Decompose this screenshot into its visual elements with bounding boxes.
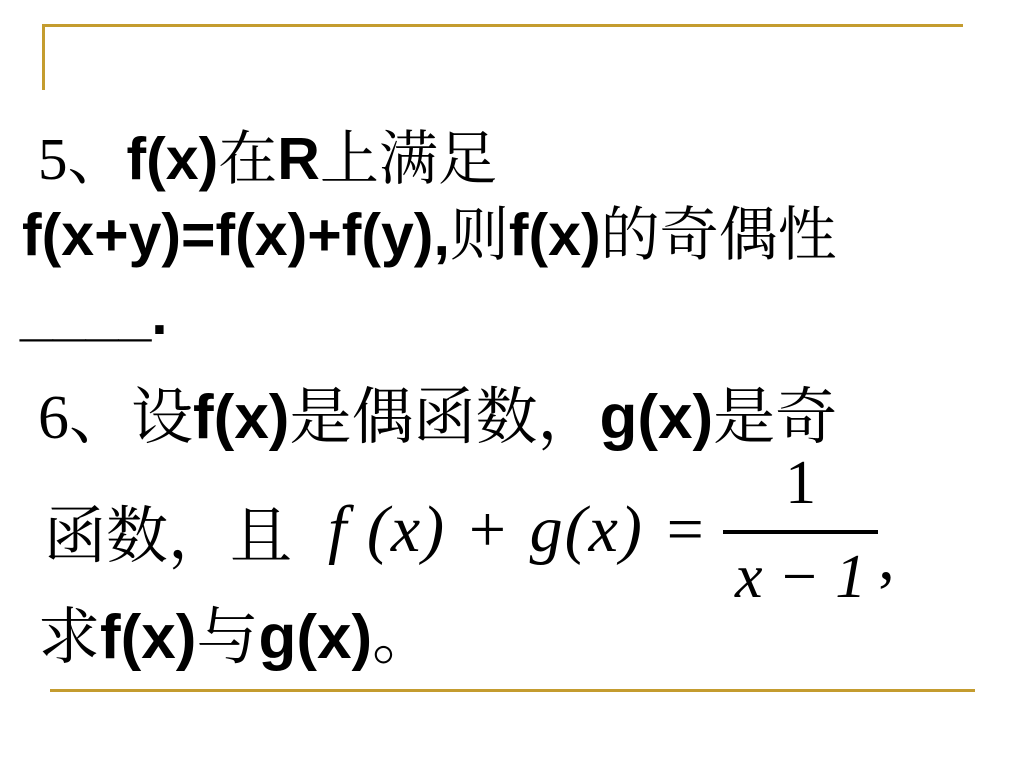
problem6-line3: 求f(x)与g(x)。 (38, 600, 434, 676)
problem6-gx-label-2: g(x) (258, 603, 372, 672)
problem6-equation-row: 函数，且 f (x) + g(x) = 1 x − 1 , (44, 452, 895, 608)
problem5-fx-label: f(x) (127, 126, 219, 192)
problem6-number: 6、 (38, 384, 131, 452)
problem5-functional-equation: f(x+y)=f(x)+f(y), (22, 202, 450, 268)
problem5-number: 5、 (38, 126, 127, 192)
problem6-period: 。 (372, 604, 434, 672)
fraction-numerator: 1 (785, 452, 816, 530)
problem5-fx-label-2: f(x) (509, 202, 601, 268)
math-formula: f (x) + g(x) = 1 x − 1 , (328, 452, 895, 608)
problem6-gx-label: g(x) (599, 383, 713, 452)
problem6-line1-mid: 是偶函数， (289, 384, 599, 452)
problem5-line2: f(x+y)=f(x)+f(y),则f(x)的奇偶性 (22, 198, 837, 272)
problem6-line1-tail: 是奇 (713, 384, 837, 452)
top-border-line (42, 24, 963, 27)
problem6-fx-label: f(x) (193, 383, 289, 452)
problem5-line1: 5、f(x)在R上满足 (38, 122, 497, 196)
formula-comma: , (878, 525, 895, 591)
slide: 5、f(x)在R上满足 f(x+y)=f(x)+f(y),则f(x)的奇偶性 _… (0, 0, 1024, 768)
problem5-ze: 则 (450, 202, 509, 268)
fraction-denominator: x − 1 (723, 534, 878, 608)
corner-vertical-line (42, 24, 45, 90)
problem5-line2-tail: 的奇偶性 (601, 202, 837, 268)
problem6-line2-lead: 函数，且 (44, 486, 292, 575)
blank-underscores: ____ (20, 281, 151, 347)
formula-fraction: 1 x − 1 (723, 452, 878, 608)
blank-period: . (151, 281, 167, 347)
problem6-fx-label-2: f(x) (100, 603, 196, 672)
problem6-qiu: 求 (38, 604, 100, 672)
problem5-line1-tail: 上满足 (320, 126, 497, 192)
problem6-yu: 与 (196, 604, 258, 672)
problem5-R-label: R (277, 126, 320, 192)
bottom-border-line (50, 689, 975, 692)
problem6-line1: 6、设f(x)是偶函数，g(x)是奇 (38, 380, 837, 456)
problem5-zai: 在 (218, 126, 277, 192)
formula-left-side: f (x) + g(x) = (328, 492, 709, 568)
problem6-she: 设 (131, 384, 193, 452)
problem5-answer-blank: ____. (20, 285, 168, 344)
